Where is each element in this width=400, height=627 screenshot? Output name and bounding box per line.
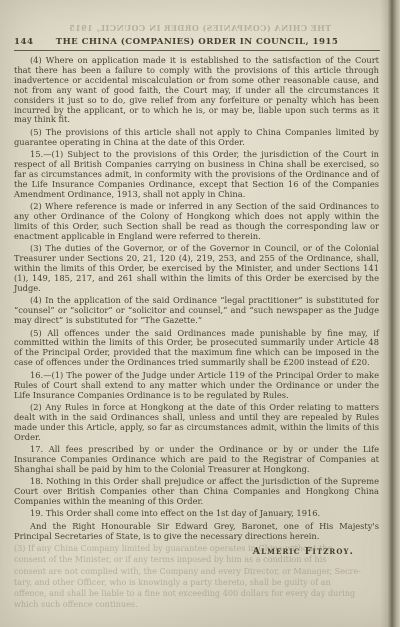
paragraph: 15.—(1) Subject to the provisions of thi…: [14, 150, 379, 200]
paragraph: (3) The duties of the Governor, or of th…: [14, 244, 379, 294]
bleedthrough-mirrored-title: THE CHINA (COMPANIES) ORDER IN COUNCIL, …: [0, 23, 400, 33]
paragraph: (2) Where reference is made or inferred …: [14, 202, 379, 242]
paragraph: 16.—(1) The power of the Judge under Art…: [14, 371, 379, 401]
paragraph: (4) Where on application made it is esta…: [14, 56, 379, 125]
paragraph: (2) Any Rules in force at Hongkong at th…: [14, 403, 379, 443]
paragraph: (5) The provisions of this article shall…: [14, 128, 379, 148]
scanned-document-page: THE CHINA (COMPANIES) ORDER IN COUNCIL, …: [0, 0, 400, 627]
paragraph: 19. This Order shall come into effect on…: [14, 509, 379, 519]
paragraph: And the Right Honourable Sir Edward Grey…: [14, 522, 379, 542]
bleedthrough-line: tary, and other Officer, who is knowingl…: [14, 577, 376, 588]
running-head: 144 THE CHINA (COMPANIES) ORDER IN COUNC…: [14, 37, 380, 47]
paragraph: 18. Nothing in this Order shall prejudic…: [14, 477, 379, 507]
paragraph: (5) All offences under the said Ordinanc…: [14, 329, 379, 369]
paragraph: (4) In the application of the said Ordin…: [14, 296, 379, 326]
bleedthrough-line: which such offence continues.: [14, 599, 376, 610]
paragraph: 17. All fees prescribed by or under the …: [14, 445, 379, 475]
header-rule: [14, 50, 380, 51]
signature-almeric-fitzroy: Almeric Fitzroy.: [0, 546, 354, 557]
page-number: 144: [14, 37, 48, 47]
document-body: (4) Where on application made it is esta…: [14, 56, 379, 542]
page-title: THE CHINA (COMPANIES) ORDER IN COUNCIL, …: [48, 37, 346, 47]
bleedthrough-line: offence, and shall be liable to a fine n…: [14, 588, 376, 599]
page-edge-shadow: [380, 0, 400, 627]
bleedthrough-line: consent are not complied with, the Compa…: [14, 566, 376, 577]
